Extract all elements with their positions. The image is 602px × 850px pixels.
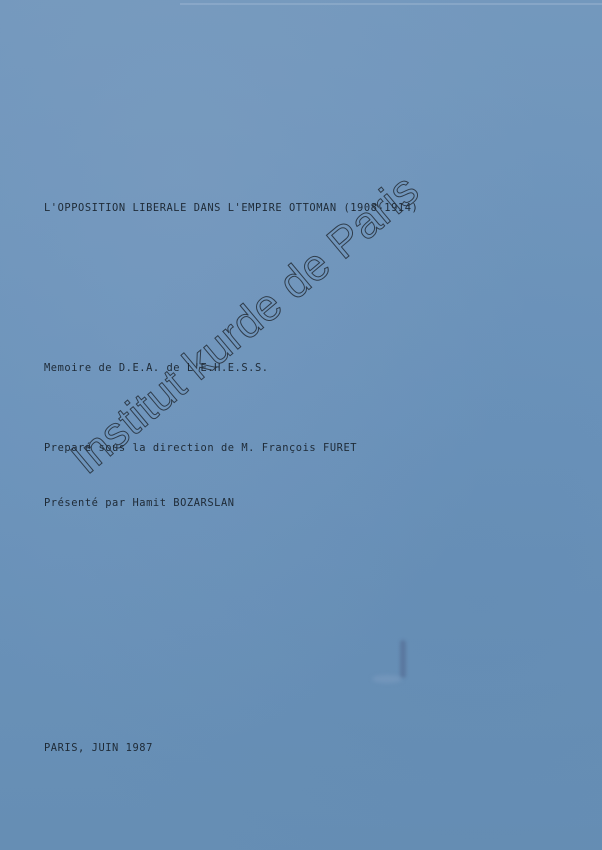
document-page: L'OPPOSITION LIBERALE DANS L'EMPIRE OTTO… (0, 0, 602, 850)
paper-edge (180, 3, 602, 5)
paper-smudge (400, 640, 406, 678)
place-date-line: PARIS, JUIN 1987 (44, 742, 153, 754)
author-line: Présenté par Hamit BOZARSLAN (44, 497, 235, 509)
paper-smudge-highlight (372, 675, 402, 683)
